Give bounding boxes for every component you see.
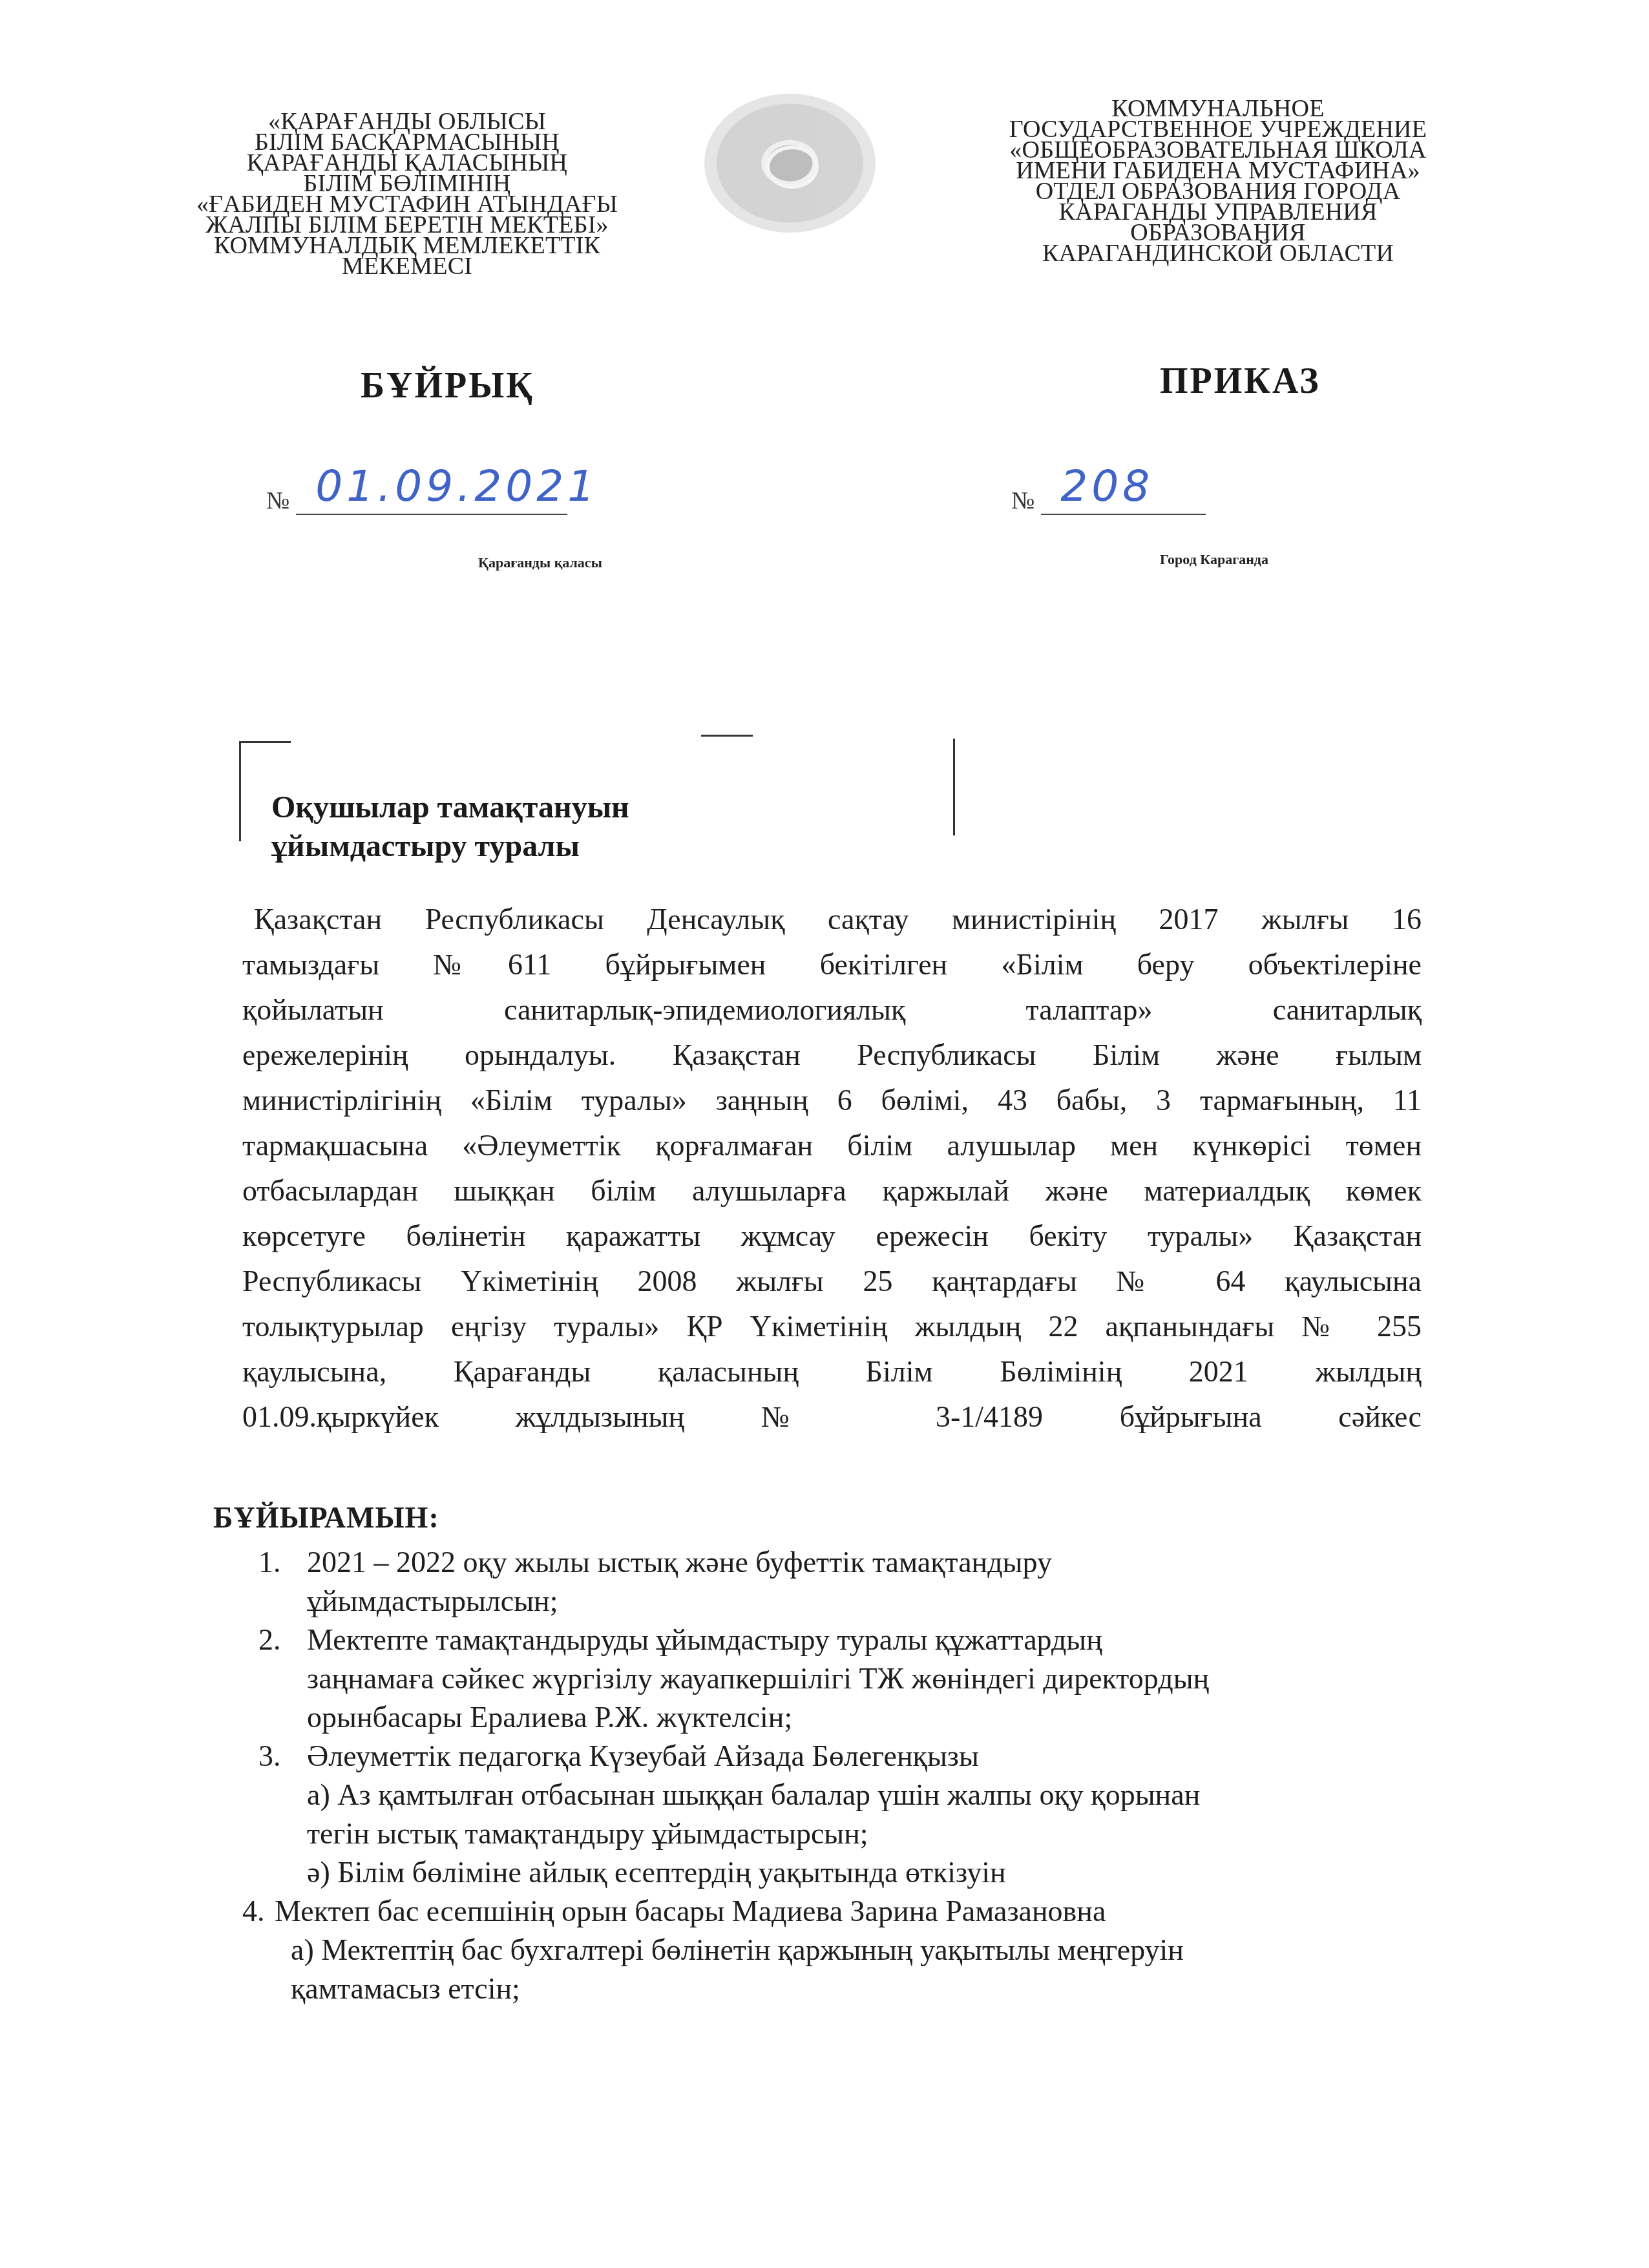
preamble-line: толықтурылар еңгізу туралы» ҚР Үкіметіні… [242,1304,1422,1349]
order-items: 1. 2021 – 2022 оқу жылы ыстық және буфет… [258,1543,1467,2008]
preamble-line: отбасылардан шыққан білім алушыларға қар… [242,1168,1422,1213]
item-number: 2. [258,1621,281,1659]
number-sign: № [266,487,289,515]
city-ru: Город Караганда [1160,551,1268,568]
doc-kind-ru: ПРИКАЗ [1160,361,1321,402]
handwritten-date: 01.09.2021 [315,461,598,511]
item-subitem: а) Мектептің бас бухгалтері бөлінетін қа… [275,1931,1467,2008]
item-line: ұйымдастырылсын; [307,1582,1467,1621]
preamble-line: Қазақстан Республикасы Денсаулық сақтау … [242,897,1422,942]
header-org-ru: КОММУНАЛЬНОЕ ГОСУДАРСТВЕННОЕ УЧРЕЖДЕНИЕ … [943,98,1493,264]
preamble: Қазақстан Республикасы Денсаулық сақтау … [242,897,1422,1440]
number-underline: 208 [1041,475,1206,515]
preamble-line: тамыздағы №611 бұйрығымен бекітілген «Бі… [242,942,1422,987]
title-bracket-right [953,739,955,835]
item-line: Мектепте тамақтандыруды ұйымдастыру тура… [307,1621,1467,1659]
emblem-center [766,145,819,189]
preamble-line: министірлігінің «Білім туралы» заңның 6 … [242,1078,1422,1123]
doc-kind-kz: БҰЙРЫҚ [361,365,534,406]
item-line: қамтамасыз етсін; [291,1969,1467,2008]
preamble-line: ережелерінің орындалуы. Қазақстан Респуб… [242,1033,1422,1078]
item-number: 1. [258,1543,281,1582]
item-line: Мектеп бас есепшінің орын басары Мадиева… [275,1892,1467,1931]
preamble-line: қаулысына, Қарағанды қаласының Білім Бөл… [242,1349,1422,1394]
order-item-2: 2. Мектепте тамақтандыруды ұйымдастыру т… [258,1621,1467,1737]
order-item-3: 3. Әлеуметтік педагогқа Күзеубай Айзада … [258,1737,1467,1892]
item-line: Әлеуметтік педагогқа Күзеубай Айзада Бөл… [307,1737,1467,1776]
title-line: ұйымдастыру туралы [271,827,629,866]
order-item-4: 4. Мектеп бас есепшінің орын басары Мади… [242,1892,1467,2008]
city-kz: Қарағанды қаласы [478,554,602,571]
order-number-field: № 208 [1011,475,1206,515]
item-line: тегін ыстық тамақтандыру ұйымдастырсын; [307,1814,1467,1853]
order-title: Оқушылар тамақтануын ұйымдастыру туралы [271,788,629,866]
preamble-line: тармақшасына «Әлеуметтік қорғалмаған біл… [242,1123,1422,1168]
handwritten-number: 208 [1060,461,1153,511]
item-line: ә) Білім бөліміне айлық есептердің уақыт… [307,1853,1467,1892]
preamble-line: көрсетуге бөлінетін қаражатты жұмсау ере… [242,1213,1422,1259]
item-subitem: ә) Білім бөліміне айлық есептердің уақыт… [307,1853,1467,1892]
preamble-line: 01.09.қыркүйек жұлдызының № 3-1/4189 бұй… [242,1394,1422,1440]
order-item-1: 1. 2021 – 2022 оқу жылы ыстық және буфет… [258,1543,1467,1621]
item-line: заңнамаға сәйкес жүргізілу жауапкершіліг… [307,1659,1467,1698]
number-sign: № [1011,487,1035,515]
title-bracket-top-left [239,741,291,743]
state-emblem-icon [704,94,876,233]
item-line: а) Аз қамтылған отбасынан шыққан балалар… [307,1776,1467,1814]
order-date-field: № 01.09.2021 [266,475,567,515]
header-org-kz: «ҚАРАҒАНДЫ ОБЛЫСЫ БІЛІМ БАСҚАРМАСЫНЫҢ ҚА… [149,111,666,277]
preamble-line: қойылатын санитарлық-эпидемиологиялық та… [242,987,1422,1033]
item-line: орынбасары Ералиева Р.Ж. жүктелсін; [307,1698,1467,1737]
decree-heading: БҰЙЫРАМЫН: [213,1500,439,1535]
item-subitem: а) Аз қамтылған отбасынан шыққан балалар… [307,1776,1467,1853]
item-number: 3. [258,1737,281,1776]
item-number: 4. [242,1892,265,1931]
header-ru-line: КАРАГАНДИНСКОЙ ОБЛАСТИ [943,243,1493,264]
title-line: Оқушылар тамақтануын [271,788,629,827]
title-bracket-top-right [701,735,753,737]
item-line: а) Мектептің бас бухгалтері бөлінетін қа… [291,1931,1467,1969]
preamble-line: Республикасы Үкіметінің 2008 жылғы 25 қа… [242,1259,1422,1304]
title-bracket-left [239,741,241,841]
item-line: 2021 – 2022 оқу жылы ыстық және буфеттік… [307,1543,1467,1582]
date-underline: 01.09.2021 [296,475,567,515]
